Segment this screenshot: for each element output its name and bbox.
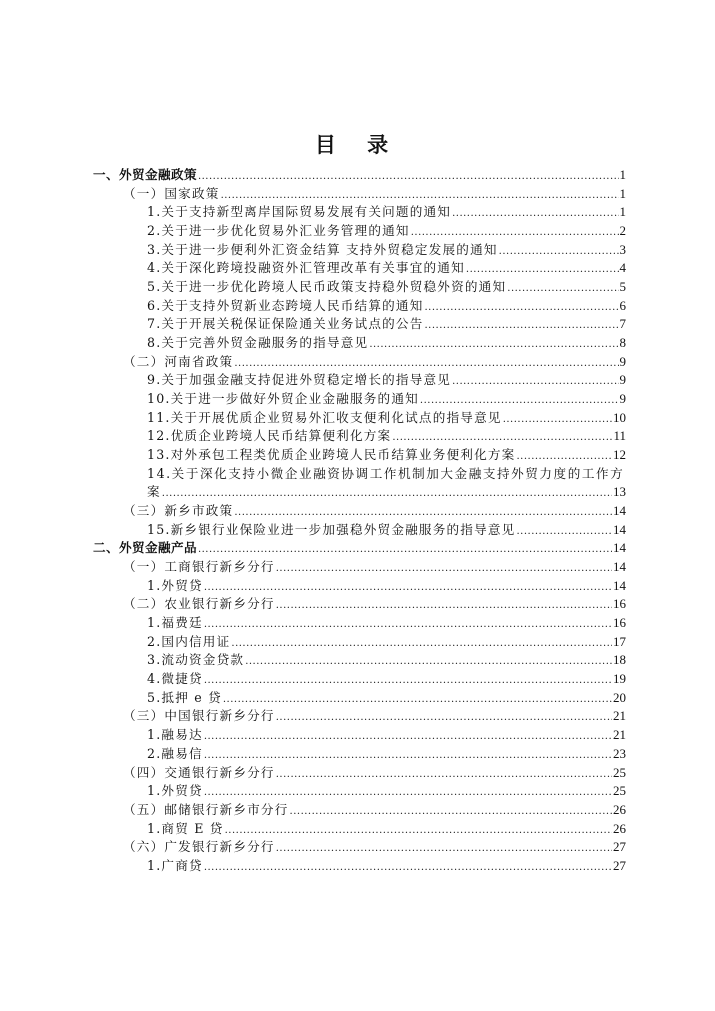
dot-leader [204,670,612,691]
toc-entry-label: 1.广商贷 [147,857,203,876]
toc-page-number: 9 [620,371,627,390]
toc-page-number: 6 [620,297,627,316]
toc-subsection[interactable]: （二）河南省政策9 [93,353,626,372]
dot-leader [162,483,612,504]
toc-page-number: 20 [613,689,626,708]
toc-entry[interactable]: 8.关于完善外贸金融服务的指导意见8 [93,334,626,353]
toc-entry-label: 1.商贸 E 贷 [147,820,224,839]
dot-leader [392,427,612,448]
dot-leader [204,614,612,635]
toc-entry[interactable]: 15.新乡银行业保险业进一步加强稳外贸金融服务的指导意见14 [93,521,626,540]
document-page: 目 录 一、外贸金融政策1（一）国家政策11.关于支持新型离岸国际贸易发展有关问… [0,0,715,1011]
dot-leader [276,764,612,785]
toc-page-number: 16 [613,614,626,633]
toc-entry[interactable]: 1.外贸贷25 [93,782,626,801]
toc-entry-label: 1.关于支持新型离岸国际贸易发展有关问题的通知 [147,203,451,222]
toc-entry[interactable]: 11.关于开展优质企业贸易外汇收支便利化试点的指导意见10 [93,409,626,428]
dot-leader [420,390,619,411]
toc-entry[interactable]: 10.关于进一步做好外贸企业金融服务的通知9 [93,390,626,409]
dot-leader [204,577,612,598]
toc-entry-label: 2.关于进一步优化贸易外汇业务管理的通知 [147,222,410,241]
toc-entry-label: （三）中国银行新乡分行 [123,707,275,726]
toc-page-number: 1 [620,166,627,185]
toc-page-number: 7 [620,315,627,334]
dot-leader [499,241,619,262]
dot-leader [466,259,619,280]
toc-page-number: 14 [613,521,626,540]
toc-entry-label: 5.抵押 e 贷 [147,689,222,708]
dot-leader [204,857,612,878]
toc-entry-label: 14.关于深化支持小微企业融资协调工作机制加大金融支持外贸力度的工作方 [147,465,624,484]
toc-entry[interactable]: 3.流动资金贷款18 [93,651,626,670]
dot-leader [198,166,619,187]
dot-leader [276,558,612,579]
toc-page-number: 26 [613,801,626,820]
toc-entry-label: 一、外贸金融政策 [93,166,197,185]
toc-entry-label: 案 [147,483,161,502]
toc-page-number: 21 [613,707,626,726]
toc-entry-label: 1.融易达 [147,726,203,745]
toc-entry[interactable]: 1.外贸贷14 [93,577,626,596]
toc-entry[interactable]: 12.优质企业跨境人民币结算便利化方案11 [93,427,626,446]
toc-subsection[interactable]: （二）农业银行新乡分行16 [93,595,626,614]
dot-leader [204,745,612,766]
toc-entry-label: （五）邮储银行新乡市分行 [123,801,289,820]
dot-leader [425,297,619,318]
dot-leader [452,203,618,224]
dot-leader [231,633,612,654]
dot-leader [503,409,612,430]
toc-section[interactable]: 一、外贸金融政策1 [93,166,626,185]
toc-page-number: 1 [620,203,627,222]
toc-page-number: 5 [620,278,627,297]
toc-entry[interactable]: 9.关于加强金融支持促进外贸稳定增长的指导意见9 [93,371,626,390]
toc-entry-label: 8.关于完善外贸金融服务的指导意见 [147,334,368,353]
toc-entry[interactable]: 1.广商贷27 [93,857,626,876]
dot-leader [221,185,619,206]
toc-page-number: 3 [620,241,627,260]
dot-leader [516,521,612,542]
toc-entry[interactable]: 2.融易信23 [93,745,626,764]
toc-entry-label: （一）工商银行新乡分行 [123,558,275,577]
toc-entry[interactable]: 13.对外承包工程类优质企业跨境人民币结算业务便利化方案12 [93,446,626,465]
dot-leader [198,539,612,560]
toc-entry[interactable]: 1.福费廷16 [93,614,626,633]
toc-page-number: 4 [620,259,627,278]
toc-subsection[interactable]: （五）邮储银行新乡市分行26 [93,801,626,820]
toc-page-number: 10 [613,409,626,428]
table-of-contents: 一、外贸金融政策1（一）国家政策11.关于支持新型离岸国际贸易发展有关问题的通知… [93,166,626,876]
toc-page-number: 9 [620,353,627,372]
toc-entry-label: （一）国家政策 [123,185,220,204]
toc-entry[interactable]: 4.关于深化跨境投融资外汇管理改革有关事宜的通知4 [93,259,626,278]
toc-entry-label: 4.关于深化跨境投融资外汇管理改革有关事宜的通知 [147,259,465,278]
toc-entry-label: （四）交通银行新乡分行 [123,764,275,783]
toc-entry-label: 2.国内信用证 [147,633,230,652]
toc-entry-label: 1.福费廷 [147,614,203,633]
toc-entry[interactable]: 1.商贸 E 贷26 [93,820,626,839]
toc-entry-label: 5.关于进一步优化跨境人民币政策支持稳外贸稳外资的通知 [147,278,506,297]
toc-entry-label: （六）广发银行新乡分行 [123,838,275,857]
dot-leader [204,726,612,747]
toc-entry-label: 4.微捷贷 [147,670,203,689]
dot-leader [411,222,619,243]
dot-leader [234,502,612,523]
toc-entry[interactable]: 1.融易达21 [93,726,626,745]
toc-page-number: 17 [613,633,626,652]
toc-subsection[interactable]: （一）国家政策1 [93,185,626,204]
dot-leader [452,371,618,392]
dot-leader [234,353,618,374]
dot-leader [245,651,612,672]
toc-entry-label: 1.外贸贷 [147,782,203,801]
toc-entry-label: 7.关于开展关税保证保险通关业务试点的公告 [147,315,424,334]
toc-entry[interactable]: 5.关于进一步优化跨境人民币政策支持稳外贸稳外资的通知5 [93,278,626,297]
toc-subsection[interactable]: （六）广发银行新乡分行27 [93,838,626,857]
dot-leader [225,820,612,841]
toc-page-number: 18 [613,651,626,670]
toc-entry-line[interactable]: 14.关于深化支持小微企业融资协调工作机制加大金融支持外贸力度的工作方 [93,465,626,484]
dot-leader [204,782,612,803]
toc-entry[interactable]: 5.抵押 e 贷20 [93,689,626,708]
toc-entry[interactable]: 1.关于支持新型离岸国际贸易发展有关问题的通知1 [93,203,626,222]
toc-section[interactable]: 二、外贸金融产品14 [93,539,626,558]
toc-entry[interactable]: 6.关于支持外贸新业态跨境人民币结算的通知6 [93,297,626,316]
toc-page-number: 16 [613,595,626,614]
dot-leader [276,595,612,616]
toc-subsection[interactable]: （三）新乡市政策14 [93,502,626,521]
toc-entry[interactable]: 2.关于进一步优化贸易外汇业务管理的通知2 [93,222,626,241]
toc-page-number: 13 [613,483,626,502]
toc-page-number: 1 [620,185,627,204]
toc-entry-label: 6.关于支持外贸新业态跨境人民币结算的通知 [147,297,424,316]
toc-entry-label: 3.流动资金贷款 [147,651,244,670]
toc-page-number: 21 [613,726,626,745]
toc-page-number: 9 [620,390,627,409]
toc-page-number: 8 [620,334,627,353]
toc-page-number: 12 [613,446,626,465]
toc-subsection[interactable]: （四）交通银行新乡分行25 [93,764,626,783]
toc-page-number: 23 [613,745,626,764]
dot-leader [290,801,612,822]
toc-entry-label: 12.优质企业跨境人民币结算便利化方案 [147,427,391,446]
dot-leader [223,689,612,710]
dot-leader [369,334,618,355]
toc-title: 目 录 [0,132,715,158]
toc-page-number: 2 [620,222,627,241]
toc-entry-label: （三）新乡市政策 [123,502,233,521]
toc-entry-label: 9.关于加强金融支持促进外贸稳定增长的指导意见 [147,371,451,390]
toc-entry-label: 3.关于进一步便利外汇资金结算 支持外贸稳定发展的通知 [147,241,498,260]
toc-page-number: 11 [613,427,626,446]
toc-entry-label: （二）农业银行新乡分行 [123,595,275,614]
toc-page-number: 27 [613,838,626,857]
toc-entry[interactable]: 案13 [93,483,626,502]
toc-entry-label: 15.新乡银行业保险业进一步加强稳外贸金融服务的指导意见 [147,521,515,540]
dot-leader [516,446,612,467]
toc-entry-label: 二、外贸金融产品 [93,539,197,558]
toc-page-number: 14 [613,539,626,558]
toc-page-number: 14 [613,502,626,521]
toc-entry-label: 2.融易信 [147,745,203,764]
toc-page-number: 25 [613,782,626,801]
toc-page-number: 14 [613,577,626,596]
toc-page-number: 25 [613,764,626,783]
toc-page-number: 14 [613,558,626,577]
toc-entry-label: （二）河南省政策 [123,353,233,372]
toc-entry-label: 11.关于开展优质企业贸易外汇收支便利化试点的指导意见 [147,409,502,428]
toc-subsection[interactable]: （一）工商银行新乡分行14 [93,558,626,577]
toc-entry-label: 1.外贸贷 [147,577,203,596]
toc-entry[interactable]: 7.关于开展关税保证保险通关业务试点的公告7 [93,315,626,334]
toc-page-number: 27 [613,857,626,876]
toc-entry-label: 10.关于进一步做好外贸企业金融服务的通知 [147,390,419,409]
dot-leader [276,838,612,859]
dot-leader [276,707,612,728]
toc-entry[interactable]: 3.关于进一步便利外汇资金结算 支持外贸稳定发展的通知3 [93,241,626,260]
toc-page-number: 19 [613,670,626,689]
toc-entry[interactable]: 2.国内信用证17 [93,633,626,652]
toc-entry[interactable]: 4.微捷贷19 [93,670,626,689]
toc-page-number: 26 [613,820,626,839]
dot-leader [507,278,618,299]
dot-leader [425,315,619,336]
toc-subsection[interactable]: （三）中国银行新乡分行21 [93,707,626,726]
toc-entry-label: 13.对外承包工程类优质企业跨境人民币结算业务便利化方案 [147,446,515,465]
